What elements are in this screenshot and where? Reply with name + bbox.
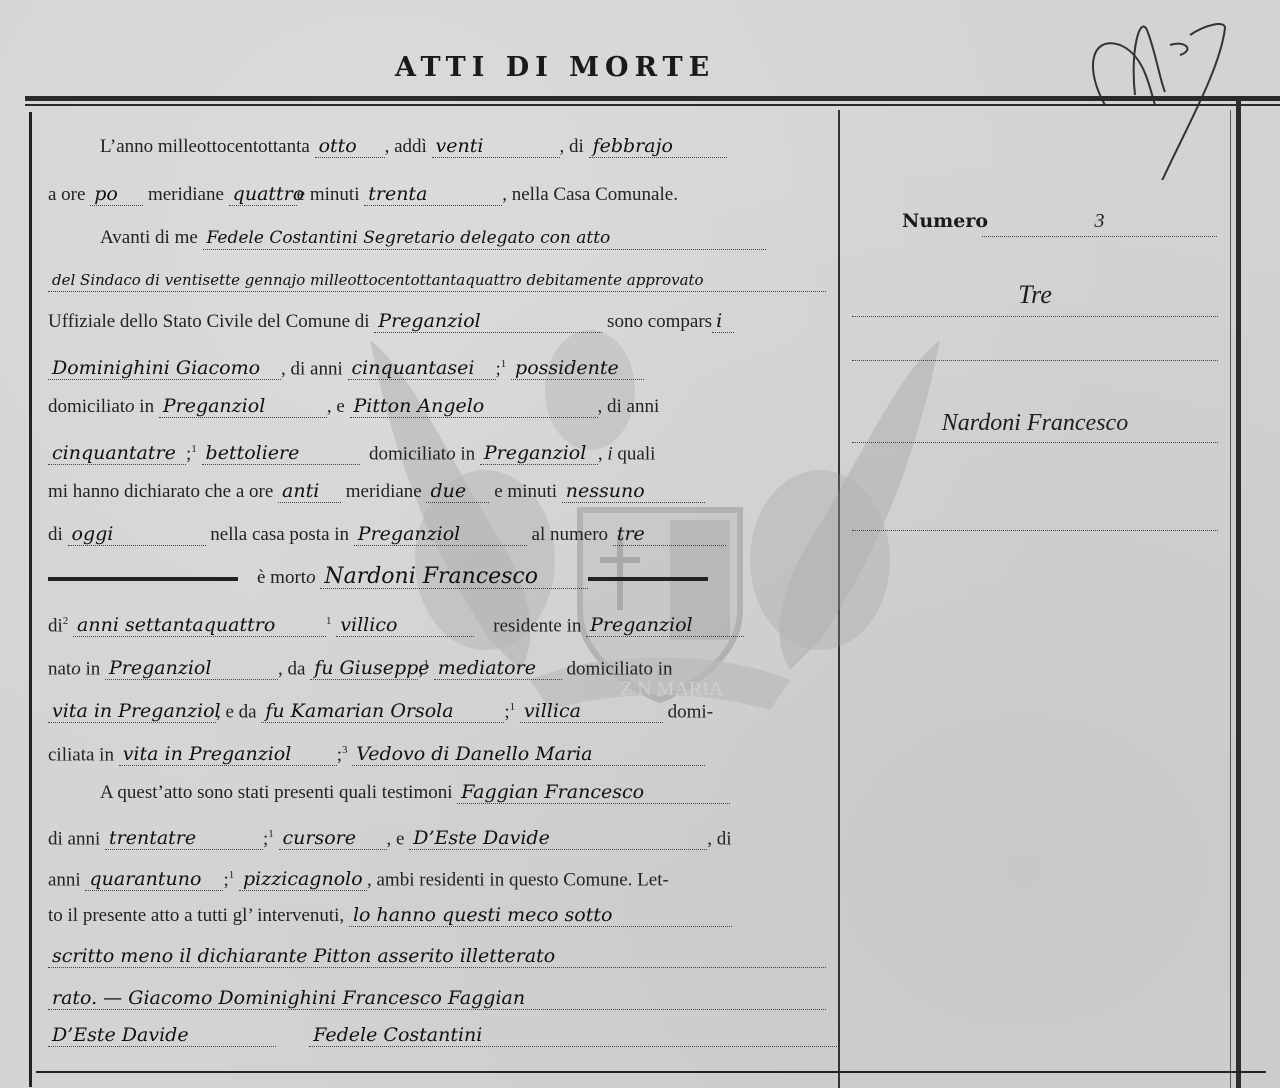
- field-gender-suffix[interactable]: o: [306, 567, 316, 588]
- right-border-thin: [1230, 110, 1231, 1088]
- footnote-mark: 3: [342, 744, 348, 756]
- page-title: ATTI DI MORTE: [395, 52, 895, 83]
- static-text: e minuti: [297, 184, 360, 205]
- footnote-mark: 1: [501, 358, 507, 370]
- field-death-day[interactable]: oggi: [68, 523, 206, 546]
- record-line-4: del Sindaco di ventisette gennajo milleo…: [48, 268, 826, 292]
- field-death-period[interactable]: anti: [278, 480, 341, 503]
- footnote-mark: 1: [268, 828, 274, 840]
- record-line-1: L’anno milleottocentottanta otto, addì v…: [100, 135, 727, 159]
- static-text: meridiane: [148, 184, 224, 205]
- record-line-12: di2 anni settantaquattro1 villico reside…: [48, 609, 744, 638]
- top-rule: [25, 96, 1280, 101]
- field-month[interactable]: febbrajo: [589, 135, 727, 158]
- field-age1[interactable]: cinquantasei: [348, 357, 496, 380]
- field-father-occupation[interactable]: mediatore: [434, 657, 562, 680]
- static-text: è mort: [257, 567, 306, 588]
- field-father-residence[interactable]: vita in Preganziol: [48, 700, 216, 723]
- field-gender-suffix[interactable]: o: [71, 658, 81, 679]
- static-text: in: [85, 658, 100, 679]
- right-border: [1236, 100, 1241, 1088]
- footnote-mark: 1: [510, 701, 516, 713]
- static-text: , nella Casa Comunale.: [502, 184, 678, 205]
- static-text: to il presente atto a tutti gl’ interven…: [48, 905, 344, 926]
- field-house-number[interactable]: tre: [613, 523, 726, 546]
- static-text: meridiane: [346, 481, 422, 502]
- margin-signature: [1075, 10, 1245, 180]
- field-mother-residence[interactable]: vita in Preganziol: [119, 743, 337, 766]
- record-line-19: to il presente atto a tutti gl’ interven…: [48, 904, 732, 928]
- field-residence1[interactable]: Preganziol: [159, 395, 327, 418]
- record-line-8: cinquantatre;1 bettoliere domiciliato in…: [48, 437, 655, 466]
- field-deceased-residence[interactable]: Preganziol: [586, 614, 744, 637]
- field-closing-statement-2[interactable]: scritto meno il dichiarante Pitton asser…: [48, 945, 826, 968]
- record-line-11: è morto Nardoni Francesco: [48, 566, 708, 590]
- static-text: , di anni: [281, 358, 343, 379]
- static-text: nella casa posta in: [210, 524, 349, 545]
- field-signatures-line-1[interactable]: rato. — Giacomo Dominighini Francesco Fa…: [48, 987, 826, 1010]
- static-text: domiciliato in: [566, 658, 672, 679]
- field-birthplace[interactable]: Preganziol: [105, 657, 278, 680]
- static-text: in: [139, 396, 154, 417]
- cancel-stroke: [48, 577, 238, 581]
- static-text: in: [460, 443, 475, 464]
- static-text: , addì: [385, 136, 427, 157]
- static-text: , da: [278, 658, 305, 679]
- static-text: domi-: [668, 701, 713, 722]
- record-line-15: ciliata in vita in Preganziol;3 Vedovo d…: [48, 738, 705, 767]
- numero-value[interactable]: 3: [982, 210, 1217, 237]
- field-deceased-occupation[interactable]: villico: [336, 614, 474, 637]
- field-witness1[interactable]: Faggian Francesco: [457, 781, 730, 804]
- field-age2[interactable]: cinquantatre: [48, 442, 186, 465]
- static-text: ciliata in: [48, 744, 114, 765]
- field-witness1-age[interactable]: trentatre: [105, 827, 263, 850]
- field-occupation2[interactable]: bettoliere: [202, 442, 360, 465]
- field-gender-suffix[interactable]: o: [446, 443, 456, 464]
- field-witness2[interactable]: D’Este Davide: [409, 827, 707, 850]
- static-text: A quest’atto sono stati presenti quali t…: [100, 782, 453, 803]
- top-rule-thin: [25, 104, 1280, 106]
- field-gender-suffix[interactable]: o: [125, 396, 135, 417]
- static-text: mi hanno dichiarato che a ore: [48, 481, 273, 502]
- static-text: Uffiziale dello Stato Civile del Comune …: [48, 311, 370, 332]
- record-line-10: di oggi nella casa posta in Preganziol a…: [48, 523, 726, 547]
- field-witness2-occupation[interactable]: pizzicagnolo: [239, 868, 367, 891]
- static-text: , di: [560, 136, 584, 157]
- field-officer[interactable]: Fedele Costantini Segretario delegato co…: [203, 227, 766, 250]
- field-delegation[interactable]: del Sindaco di ventisette gennajo milleo…: [48, 269, 826, 292]
- field-witness1-occupation[interactable]: cursore: [279, 827, 387, 850]
- static-text: nat: [48, 658, 71, 679]
- footnote-mark: 1: [191, 443, 197, 455]
- field-witness2-age[interactable]: quarantuno: [85, 868, 223, 891]
- field-mother-occupation[interactable]: villica: [520, 700, 663, 723]
- static-text: e minuti: [494, 481, 557, 502]
- footnote-mark: 1: [423, 658, 429, 670]
- record-line-20: scritto meno il dichiarante Pitton asser…: [48, 945, 826, 969]
- static-text: , e da: [216, 701, 257, 722]
- static-text: sono compars: [607, 311, 712, 332]
- static-text: di: [48, 524, 63, 545]
- field-day[interactable]: venti: [432, 135, 560, 158]
- static-text: a ore: [48, 184, 85, 205]
- field-declarant1[interactable]: Dominighini Giacomo: [48, 357, 281, 380]
- field-residence2[interactable]: Preganziol: [480, 442, 598, 465]
- field-deceased-name[interactable]: Nardoni Francesco: [320, 566, 588, 589]
- record-line-9: mi hanno dichiarato che a ore anti merid…: [48, 480, 705, 504]
- record-line-17: di anni trentatre;1 cursore, e D’Este Da…: [48, 822, 732, 851]
- field-spouse[interactable]: Vedovo di Danello Maria: [352, 743, 705, 766]
- record-line-18: anni quarantuno;1 pizzicagnolo, ambi res…: [48, 863, 669, 892]
- field-year[interactable]: otto: [315, 135, 385, 158]
- field-plural-article[interactable]: i: [607, 443, 612, 464]
- static-text: di: [48, 615, 63, 636]
- field-hour-period[interactable]: po: [90, 183, 143, 206]
- field-comune[interactable]: Preganziol: [374, 310, 602, 333]
- static-text: al numero: [532, 524, 609, 545]
- field-deceased-age[interactable]: anni settantaquattro: [73, 614, 326, 637]
- static-text: quali: [617, 443, 655, 464]
- record-line-3: Avanti di me Fedele Costantini Segretari…: [100, 226, 766, 250]
- field-closing-statement[interactable]: lo hanno questi meco sotto: [349, 904, 732, 927]
- footnote-mark: 2: [63, 615, 69, 627]
- record-line-7: domiciliato in Preganziol, e Pitton Ange…: [48, 395, 659, 419]
- record-line-14: vita in Preganziol, e da fu Kamarian Ors…: [48, 695, 713, 724]
- record-line-22: D’Este Davide Fedele Costantini: [48, 1024, 837, 1048]
- field-hour[interactable]: quattro: [229, 183, 297, 206]
- field-father[interactable]: fu Giuseppe: [310, 657, 418, 680]
- bottom-rule: [36, 1071, 1266, 1073]
- static-text: residente in: [493, 615, 581, 636]
- static-text: di anni: [48, 828, 100, 849]
- field-death-hour[interactable]: due: [426, 480, 489, 503]
- field-death-place[interactable]: Preganziol: [354, 523, 527, 546]
- footnote-mark: 1: [229, 869, 235, 881]
- record-line-16: A quest’atto sono stati presenti quali t…: [100, 781, 730, 805]
- signature-witness2[interactable]: D’Este Davide: [48, 1024, 276, 1047]
- record-line-5: Uffiziale dello Stato Civile del Comune …: [48, 310, 734, 334]
- static-text: , di anni: [598, 396, 660, 417]
- static-text: , di: [707, 828, 731, 849]
- field-mother[interactable]: fu Kamarian Orsola: [261, 700, 504, 723]
- static-text: , e: [387, 828, 405, 849]
- field-declarant2[interactable]: Pitton Angelo: [350, 395, 598, 418]
- left-border: [29, 112, 32, 1087]
- static-text: L’anno milleottocentottanta: [100, 136, 310, 157]
- numero-words[interactable]: Tre: [852, 280, 1218, 317]
- margin-blank-line: [852, 360, 1218, 361]
- static-text: anni: [48, 869, 81, 890]
- margin-deceased-name[interactable]: Nardoni Francesco: [852, 410, 1218, 443]
- column-divider: [838, 110, 840, 1088]
- field-death-minutes[interactable]: nessuno: [562, 480, 705, 503]
- static-text: domiciliat: [48, 396, 125, 417]
- static-text: , ambi residenti in questo Comune. Let-: [367, 869, 669, 890]
- record-line-21: rato. — Giacomo Dominighini Francesco Fa…: [48, 987, 826, 1011]
- record-line-2: a ore po meridiane quattroe minuti trent…: [48, 183, 678, 207]
- field-occupation1[interactable]: possidente: [511, 357, 644, 380]
- static-text: Avanti di me: [100, 227, 198, 248]
- static-text: domiciliat: [369, 443, 446, 464]
- record-line-13: nato in Preganziol, da fu Giuseppe;1 med…: [48, 652, 673, 681]
- field-minutes[interactable]: trenta: [364, 183, 502, 206]
- record-line-6: Dominighini Giacomo, di anni cinquantase…: [48, 352, 644, 381]
- footnote-mark: 1: [326, 615, 332, 627]
- cancel-stroke: [588, 577, 708, 581]
- signature-officer[interactable]: Fedele Costantini: [309, 1024, 837, 1047]
- margin-blank-line: [852, 530, 1218, 531]
- field-plural-suffix[interactable]: i: [712, 310, 734, 333]
- static-text: , e: [327, 396, 345, 417]
- numero-label: Numero: [902, 210, 988, 232]
